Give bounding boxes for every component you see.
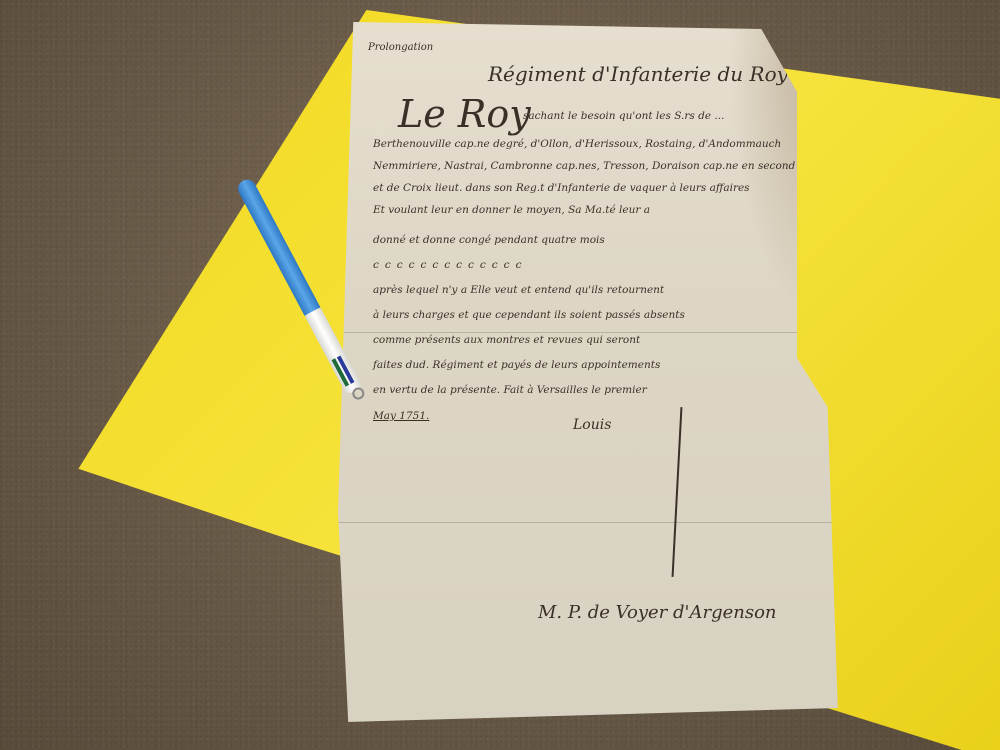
margin-note: Prolongation <box>368 42 433 53</box>
signature-louis: Louis <box>573 417 611 433</box>
text-line: à leurs charges et que cependant ils soi… <box>373 309 685 321</box>
text-line: et de Croix lieut. dans son Reg.t d'Infa… <box>373 182 750 194</box>
text-line: Et voulant leur en donner le moyen, Sa M… <box>373 204 650 216</box>
document-heading: Régiment d'Infanterie du Roy <box>488 62 788 86</box>
text-line: comme présents aux montres et revues qui… <box>373 334 640 346</box>
text-line: sachant le besoin qu'ont les S.rs de ... <box>523 110 724 122</box>
text-line: après lequel n'y a Elle veut et entend q… <box>373 284 664 296</box>
opening-le-roy: Le Roy <box>398 92 531 136</box>
text-line-date: May 1751. <box>373 410 429 422</box>
manuscript-document: Prolongation Régiment d'Infanterie du Ro… <box>338 22 848 722</box>
text-line: en vertu de la présente. Fait à Versaill… <box>373 384 647 396</box>
signature-flourish <box>672 407 683 577</box>
text-line: donné et donne congé pendant quatre mois <box>373 234 605 246</box>
text-line: Nemmiriere, Nastrai, Cambronne cap.nes, … <box>373 160 795 172</box>
signature-argenson: M. P. de Voyer d'Argenson <box>538 602 777 623</box>
fold-line <box>338 522 848 523</box>
text-line: Berthenouville cap.ne degré, d'Ollon, d'… <box>373 138 781 150</box>
text-line: faites dud. Régiment et payés de leurs a… <box>373 359 660 371</box>
fold-line <box>338 332 848 333</box>
